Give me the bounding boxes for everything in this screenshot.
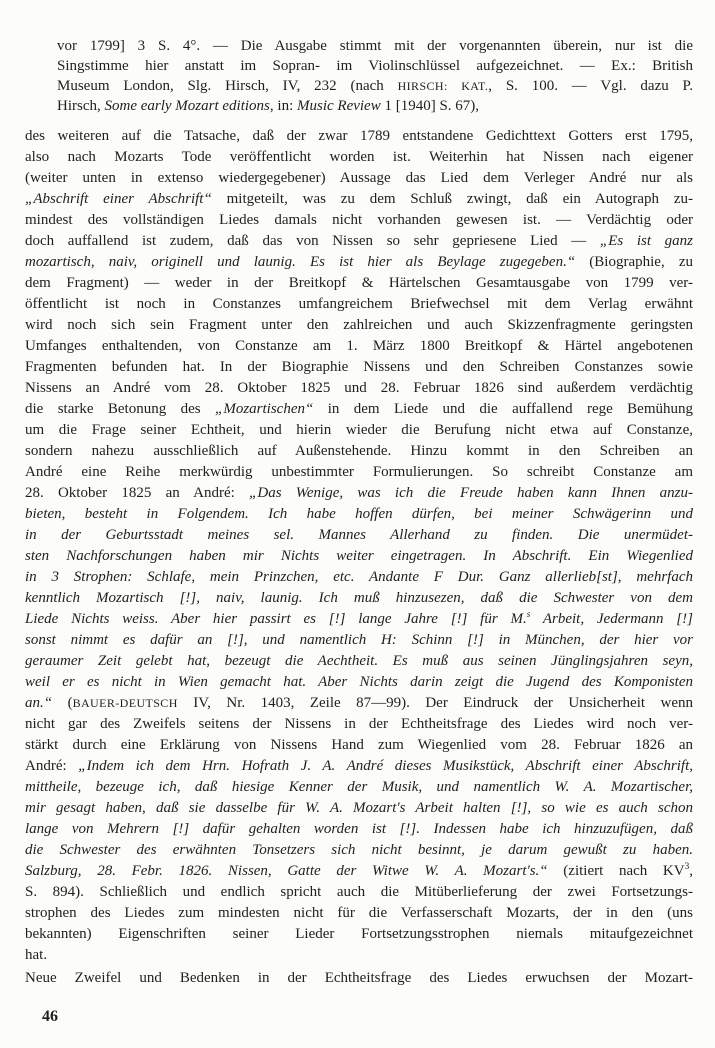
- text-line: sten Nachforschungen haben mir Nichts we…: [25, 546, 693, 567]
- text-line: die Schwester des erwähnten Tonsetzers s…: [25, 840, 693, 861]
- text-line: geraumer Zeit gelebt hat, bezeugt die Ae…: [25, 651, 693, 672]
- text-segment: mitgeteilt, was zu dem Schluß zwingt, da…: [212, 191, 693, 207]
- text-segment: in dem Liede und die auffallend rege Bem…: [313, 401, 693, 417]
- text-line: S. 894). Schließlich und endlich spricht…: [25, 882, 693, 903]
- text-line: wird noch sich sein Fragment unter den z…: [25, 315, 693, 336]
- text-segment: stärkt durch eine Erklärung von Nissens …: [25, 737, 693, 753]
- text-segment: Music Review: [297, 98, 381, 114]
- text-line: Liede Nichts weiss. Aber hier passirt es…: [25, 609, 693, 630]
- text-line: Hirsch, Some early Mozart editions, in: …: [57, 96, 693, 116]
- text-segment: Nissens an André vom 28. Oktober 1825 un…: [25, 380, 693, 396]
- text-segment: geraumer Zeit gelebt hat, bezeugt die Ae…: [25, 653, 693, 669]
- text-segment: André eine Reihe merkwürdig unbestimmter…: [25, 464, 693, 480]
- text-segment: des weiteren auf die Tatsache, daß der z…: [25, 128, 693, 144]
- text-line: Umfanges enthaltenden, von Constanze am …: [25, 336, 693, 357]
- text-line: dem Fragment) — weder in der Breitkopf &…: [25, 273, 693, 294]
- text-segment: an.“: [25, 695, 52, 711]
- text-segment: ,: [689, 863, 693, 879]
- text-segment: also nach Mozarts Tode veröffentlicht wo…: [25, 149, 693, 165]
- text-line: in der Geburtsstadt meines sel. Mannes A…: [25, 525, 693, 546]
- text-segment: Singstimme hier anstatt im Sopran- im Vi…: [57, 58, 693, 74]
- text-line: mittheile, bezeuge ich, daß hiesige Kenn…: [25, 777, 693, 798]
- text-segment: mozartisch, naiv, originell und launig. …: [25, 254, 575, 270]
- text-segment: hat.: [25, 947, 47, 963]
- text-segment: Arbeit, Jedermann [!]: [530, 611, 693, 627]
- text-line: stärkt durch eine Erklärung von Nissens …: [25, 735, 693, 756]
- text-segment: Neue Zweifel und Bedenken in der Echthei…: [25, 970, 693, 986]
- text-segment: HIRSCH: KAT.: [398, 79, 489, 93]
- text-line: öffentlicht ist noch in Constanzes umfan…: [25, 294, 693, 315]
- text-segment: öffentlicht ist noch in Constanzes umfan…: [25, 296, 693, 312]
- text-line: nicht gar des Zweifels seitens der Nisse…: [25, 714, 693, 735]
- text-segment: sten Nachforschungen haben mir Nichts we…: [25, 548, 693, 564]
- text-line: also nach Mozarts Tode veröffentlicht wo…: [25, 147, 693, 168]
- text-segment: IV, Nr. 1403, Zeile 87—99). Der Eindruck…: [178, 695, 693, 711]
- text-segment: nicht gar des Zweifels seitens der Nisse…: [25, 716, 693, 732]
- text-line: mozartisch, naiv, originell und launig. …: [25, 252, 693, 273]
- text-segment: „Es ist ganz: [600, 233, 693, 249]
- text-segment: „Das Wenige, was ich die Freude haben ka…: [249, 485, 693, 501]
- text-segment: lange von Mehrern [!] dafür gehalten wor…: [25, 821, 693, 837]
- text-line: weil er es nicht in Wien gemacht hat. Ab…: [25, 672, 693, 693]
- text-segment: (Biographie, zu: [575, 254, 693, 270]
- page-number: 46: [42, 1007, 693, 1027]
- text-segment: BAUER-DEUTSCH: [73, 696, 178, 710]
- text-segment: 28. Oktober 1825 an André:: [25, 485, 249, 501]
- text-segment: Museum London, Slg. Hirsch, IV, 232 (nac…: [57, 78, 398, 94]
- text-line: sondern nahezu ausschließlich auf Außens…: [25, 441, 693, 462]
- text-segment: S. 894). Schließlich und endlich spricht…: [25, 884, 693, 900]
- text-segment: kenntlich Mozartisch [!], naiv, launig. …: [25, 590, 693, 606]
- text-line: des weiteren auf die Tatsache, daß der z…: [25, 126, 693, 147]
- text-segment: (: [52, 695, 72, 711]
- text-segment: André:: [25, 758, 78, 774]
- text-line: kenntlich Mozartisch [!], naiv, launig. …: [25, 588, 693, 609]
- text-segment: bekannten) Eigenschriften seiner Lieder …: [25, 926, 693, 942]
- text-segment: sondern nahezu ausschließlich auf Außens…: [25, 443, 693, 459]
- text-blocks: vor 1799] 3 S. 4°. — Die Ausgabe stimmt …: [25, 36, 693, 989]
- text-line: strophen des Liedes zum mindesten nicht …: [25, 903, 693, 924]
- text-segment: Some early Mozart editions: [105, 98, 270, 114]
- text-segment: Umfanges enthaltenden, von Constanze am …: [25, 338, 693, 354]
- text-segment: mindest des vollständigen Liedes damals …: [25, 212, 693, 228]
- text-segment: Salzburg, 28. Febr. 1826. Nissen, Gatte …: [25, 863, 548, 879]
- catalog-entry-paragraph: vor 1799] 3 S. 4°. — Die Ausgabe stimmt …: [57, 36, 693, 116]
- text-line: vor 1799] 3 S. 4°. — Die Ausgabe stimmt …: [57, 36, 693, 56]
- text-segment: 1 [1940] S. 67),: [381, 98, 479, 114]
- text-line: in 3 Strophen: Schlafe, mein Prinzchen, …: [25, 567, 693, 588]
- text-segment: „Indem ich dem Hrn. Hofrath J. A. André …: [78, 758, 693, 774]
- text-line: bekannten) Eigenschriften seiner Lieder …: [25, 924, 693, 945]
- text-segment: mittheile, bezeuge ich, daß hiesige Kenn…: [25, 779, 693, 795]
- text-segment: Liede Nichts weiss. Aber hier passirt es…: [25, 611, 527, 627]
- text-segment: (weiter unten in extenso wiedergegebener…: [25, 170, 693, 186]
- text-line: die starke Betonung des „Mozartischen“ i…: [25, 399, 693, 420]
- text-line: Museum London, Slg. Hirsch, IV, 232 (nac…: [57, 76, 693, 96]
- text-segment: die starke Betonung des: [25, 401, 215, 417]
- body-paragraph: des weiteren auf die Tatsache, daß der z…: [25, 126, 693, 966]
- text-line: Nissens an André vom 28. Oktober 1825 un…: [25, 378, 693, 399]
- text-segment: vor 1799] 3 S. 4°. — Die Ausgabe stimmt …: [57, 38, 693, 54]
- text-segment: weil er es nicht in Wien gemacht hat. Ab…: [25, 674, 693, 690]
- text-segment: mir gesagt haben, daß sie dasselbe für W…: [25, 800, 693, 816]
- text-segment: bieten, besteht in Folgendem. Ich habe h…: [25, 506, 693, 522]
- text-line: an.“ (BAUER-DEUTSCH IV, Nr. 1403, Zeile …: [25, 693, 693, 714]
- text-line: hat.: [25, 945, 693, 966]
- text-line: bieten, besteht in Folgendem. Ich habe h…: [25, 504, 693, 525]
- text-segment: (zitiert nach KV: [548, 863, 685, 879]
- text-segment: „Abschrift einer Abschrift“: [25, 191, 212, 207]
- text-segment: um die Frage seiner Echtheit, und hierin…: [25, 422, 693, 438]
- text-segment: , in:: [270, 98, 297, 114]
- text-line: Neue Zweifel und Bedenken in der Echthei…: [25, 968, 693, 989]
- scanned-book-page: vor 1799] 3 S. 4°. — Die Ausgabe stimmt …: [0, 0, 715, 1048]
- text-segment: , S. 100. — Vgl. dazu P.: [488, 78, 693, 94]
- text-segment: Fragmenten befunden hat. In der Biograph…: [25, 359, 693, 375]
- text-line: um die Frage seiner Echtheit, und hierin…: [25, 420, 693, 441]
- text-segment: „Mozartischen“: [215, 401, 313, 417]
- continuation-paragraph: Neue Zweifel und Bedenken in der Echthei…: [25, 968, 693, 989]
- text-segment: dem Fragment) — weder in der Breitkopf &…: [25, 275, 693, 291]
- text-segment: doch auffallend ist zudem, daß das von N…: [25, 233, 600, 249]
- text-line: Fragmenten befunden hat. In der Biograph…: [25, 357, 693, 378]
- text-line: „Abschrift einer Abschrift“ mitgeteilt, …: [25, 189, 693, 210]
- text-line: lange von Mehrern [!] dafür gehalten wor…: [25, 819, 693, 840]
- text-line: (weiter unten in extenso wiedergegebener…: [25, 168, 693, 189]
- text-line: Salzburg, 28. Febr. 1826. Nissen, Gatte …: [25, 861, 693, 882]
- text-line: Singstimme hier anstatt im Sopran- im Vi…: [57, 56, 693, 76]
- text-segment: sonst nimmt es dafür an [!], und namentl…: [25, 632, 693, 648]
- text-line: André: „Indem ich dem Hrn. Hofrath J. A.…: [25, 756, 693, 777]
- text-line: 28. Oktober 1825 an André: „Das Wenige, …: [25, 483, 693, 504]
- text-segment: Hirsch,: [57, 98, 105, 114]
- text-line: sonst nimmt es dafür an [!], und namentl…: [25, 630, 693, 651]
- text-segment: in 3 Strophen: Schlafe, mein Prinzchen, …: [25, 569, 693, 585]
- text-segment: strophen des Liedes zum mindesten nicht …: [25, 905, 693, 921]
- text-segment: wird noch sich sein Fragment unter den z…: [25, 317, 693, 333]
- text-line: mir gesagt haben, daß sie dasselbe für W…: [25, 798, 693, 819]
- text-line: mindest des vollständigen Liedes damals …: [25, 210, 693, 231]
- text-segment: die Schwester des erwähnten Tonsetzers s…: [25, 842, 693, 858]
- text-line: André eine Reihe merkwürdig unbestimmter…: [25, 462, 693, 483]
- text-segment: in der Geburtsstadt meines sel. Mannes A…: [25, 527, 693, 543]
- text-line: doch auffallend ist zudem, daß das von N…: [25, 231, 693, 252]
